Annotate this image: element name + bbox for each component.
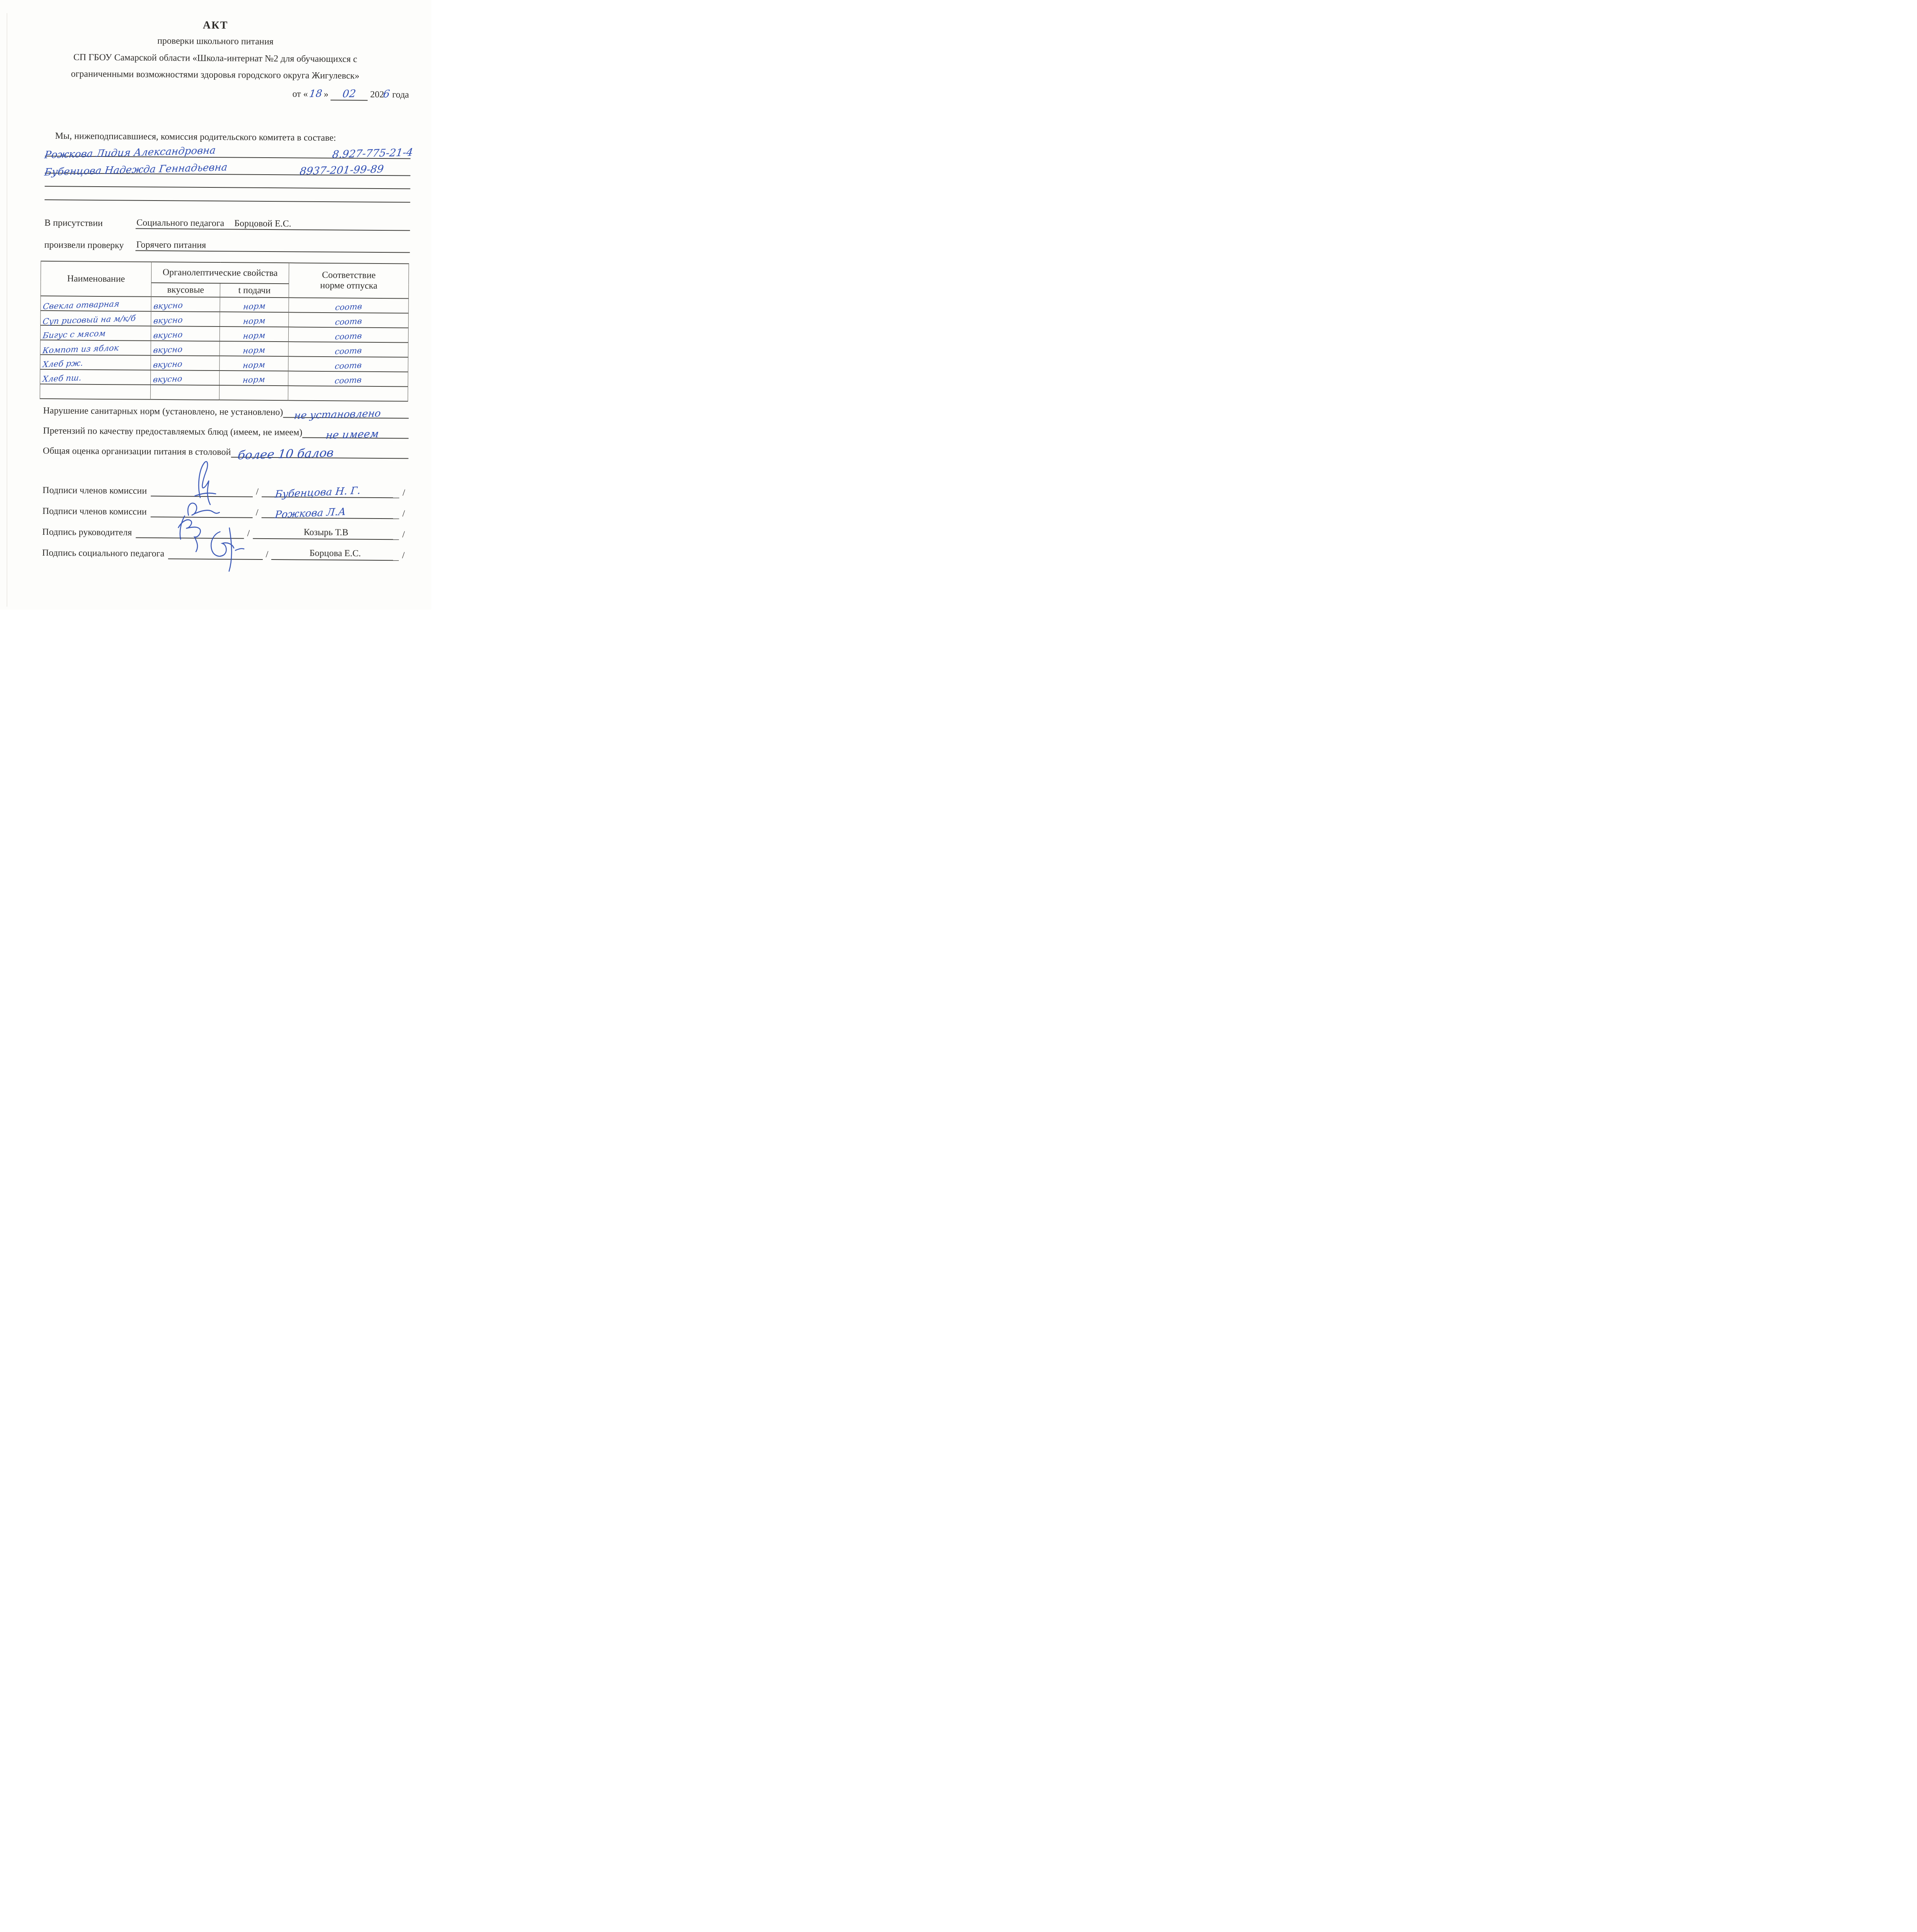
signature-name-typed: Козырь Т.В <box>253 527 399 539</box>
conformity-value-handwritten: соотв <box>334 346 362 356</box>
signature-name-handwritten: Рожкова Л.А <box>274 506 346 521</box>
taste-value-handwritten: вкусно <box>153 330 183 340</box>
taste-value-handwritten: вкусно <box>153 359 183 370</box>
signature-name-typed: Борцова Е.С. <box>271 548 399 559</box>
temp-value-handwritten: норм <box>242 331 266 341</box>
temp-value-handwritten: норм <box>242 345 266 355</box>
commission-member-line: Бубенцова Надежда Геннадьевна 8937-201-9… <box>45 157 410 176</box>
finding-sanitary-label: Нарушение санитарных норм (установлено, … <box>43 406 283 418</box>
conformity-value-handwritten: соотв <box>334 375 362 385</box>
finding-sanitary: Нарушение санитарных норм (установлено, … <box>43 402 409 419</box>
taste-value-handwritten: вкусно <box>153 345 183 355</box>
signature-name-field: Рожкова Л.А <box>261 503 399 519</box>
conformity-line2: норме отпуска <box>291 280 406 291</box>
slash-separator: / <box>399 488 408 498</box>
inspection-field: произвели проверку Горячего питания <box>44 237 410 253</box>
col-header-taste: вкусовые <box>151 283 220 297</box>
finding-overall-line: более 10 балов <box>231 443 409 459</box>
conformity-value-handwritten: соотв <box>335 316 363 327</box>
signature-scribble <box>198 522 253 565</box>
table-row: Хлеб рж. вкусно норм соотв <box>40 355 408 372</box>
organization-name-line2: ограниченными возможностями здоровья гор… <box>0 68 431 82</box>
presence-field: В присутствии Социального педагога Борцо… <box>44 215 410 231</box>
taste-value-handwritten: вкусно <box>153 374 183 384</box>
date-line: от « 18 » 02 202 6 года <box>292 87 409 101</box>
inspection-label: произвели проверку <box>44 240 135 251</box>
conformity-value-handwritten: соотв <box>334 361 362 371</box>
presence-value-line: Социального педагога Борцовой Е.С. <box>136 218 410 231</box>
slash-separator: / <box>262 549 271 560</box>
signature-field <box>168 544 263 560</box>
dish-name-handwritten: Суп рисовый на м/к/б <box>42 313 136 326</box>
organization-name-line1: СП ГБОУ Самарской области «Школа-интерна… <box>0 52 431 65</box>
finding-complaints-label: Претензий по качеству предоставляемых бл… <box>43 426 302 438</box>
signature-name-handwritten: Бубенцова Н. Г. <box>274 485 361 500</box>
signature-name-field: Борцова Е.С. <box>271 544 399 561</box>
finding-overall-value-handwritten: более 10 балов <box>237 446 334 463</box>
slash-separator: / <box>253 508 262 518</box>
signature-label: Подписи членов комиссии <box>43 506 151 517</box>
temp-value-handwritten: норм <box>243 316 266 326</box>
col-header-name: Наименование <box>41 261 152 297</box>
date-day-handwritten: 18 <box>309 88 323 100</box>
finding-complaints-line: не имеем <box>302 423 409 439</box>
document-title: АКТ <box>0 18 431 33</box>
member-phone-handwritten: 8.927-775-21-4 <box>332 146 414 161</box>
col-header-conformity: Соответствие норме отпуска <box>289 263 409 298</box>
table-row: Суп рисовый на м/к/б вкусно норм соотв <box>41 311 409 328</box>
date-month-slot: 02 <box>331 88 368 101</box>
table-row-empty <box>40 384 408 401</box>
document-content: АКТ проверки школьного питания СП ГБОУ С… <box>0 0 431 610</box>
dish-name-handwritten: Хлеб пш. <box>42 373 82 384</box>
conformity-line1: Соответствие <box>291 270 406 281</box>
signature-name-field: Бубенцова Н. Г. <box>262 482 400 498</box>
date-month-handwritten: 02 <box>342 88 357 100</box>
temp-value-handwritten: норм <box>242 360 266 370</box>
dish-name-handwritten: Компот из яблок <box>42 343 119 355</box>
table-row: Бигус с мясом вкусно норм соотв <box>40 325 408 343</box>
slash-separator: / <box>399 509 408 519</box>
taste-value-handwritten: вкусно <box>153 315 183 326</box>
temp-value-handwritten: норм <box>242 375 266 385</box>
taste-value-handwritten: вкусно <box>153 301 183 311</box>
table-row: Хлеб пш. вкусно норм соотв <box>40 369 408 387</box>
presence-role: Социального педагога <box>136 218 225 229</box>
slash-separator: / <box>399 550 408 561</box>
inspection-value-line: Горячего питания <box>135 240 410 253</box>
signature-label: Подписи членов комиссии <box>43 485 151 497</box>
temp-value-handwritten: норм <box>243 301 266 311</box>
signature-label: Подпись руководителя <box>42 527 136 538</box>
finding-sanitary-value-handwritten: не установлено <box>293 408 381 422</box>
commission-member-line-empty <box>45 173 410 189</box>
table-row: Компот из яблок вкусно норм соотв <box>40 340 408 357</box>
slash-separator: / <box>253 487 262 497</box>
conformity-value-handwritten: соотв <box>335 302 363 312</box>
document-subtitle: проверки школьного питания <box>0 35 431 48</box>
date-after-day: » <box>324 89 329 100</box>
finding-complaints: Претензий по качеству предоставляемых бл… <box>43 422 409 439</box>
dish-name-handwritten: Свекла отварная <box>43 299 120 311</box>
conformity-value-handwritten: соотв <box>334 331 362 341</box>
finding-overall: Общая оценка организации питания в столо… <box>43 442 409 459</box>
signature-row-commission-2: Подписи членов комиссии / Рожкова Л.А / <box>43 502 408 519</box>
finding-overall-label: Общая оценка организации питания в столо… <box>43 446 231 457</box>
menu-inspection-table: Наименование Органолептические свойства … <box>40 261 409 402</box>
signature-name-field: Козырь Т.В <box>253 524 399 540</box>
date-year-handwritten: 6 <box>383 88 391 100</box>
presence-person: Борцовой Е.С. <box>234 218 291 229</box>
commission-member-line: Рожкова Лидия Александровна 8.927-775-21… <box>45 139 410 159</box>
signature-row-social-pedagogue: Подпись социального педагога / Борцова Е… <box>42 544 408 561</box>
col-header-organoleptic: Органолептические свойства <box>151 262 289 284</box>
date-prefix: от « <box>292 89 308 99</box>
table-row: Свекла отварная вкусно норм соотв <box>41 296 409 313</box>
scanned-document-page: АКТ проверки школьного питания СП ГБОУ С… <box>0 0 431 610</box>
inspection-object: Горячего питания <box>136 240 206 251</box>
date-year-printed: 202 <box>370 90 384 100</box>
commission-member-line-empty <box>44 187 410 203</box>
finding-sanitary-line: не установлено <box>283 403 409 418</box>
date-suffix: года <box>392 90 409 100</box>
dish-name-handwritten: Хлеб рж. <box>42 358 83 369</box>
finding-complaints-value-handwritten: не имеем <box>325 428 380 442</box>
presence-label: В присутствии <box>44 218 136 229</box>
signature-label: Подпись социального педагога <box>42 548 168 559</box>
col-header-serving-temp: t подачи <box>220 283 289 298</box>
dish-name-handwritten: Бигус с мясом <box>42 329 106 340</box>
slash-separator: / <box>399 529 408 540</box>
